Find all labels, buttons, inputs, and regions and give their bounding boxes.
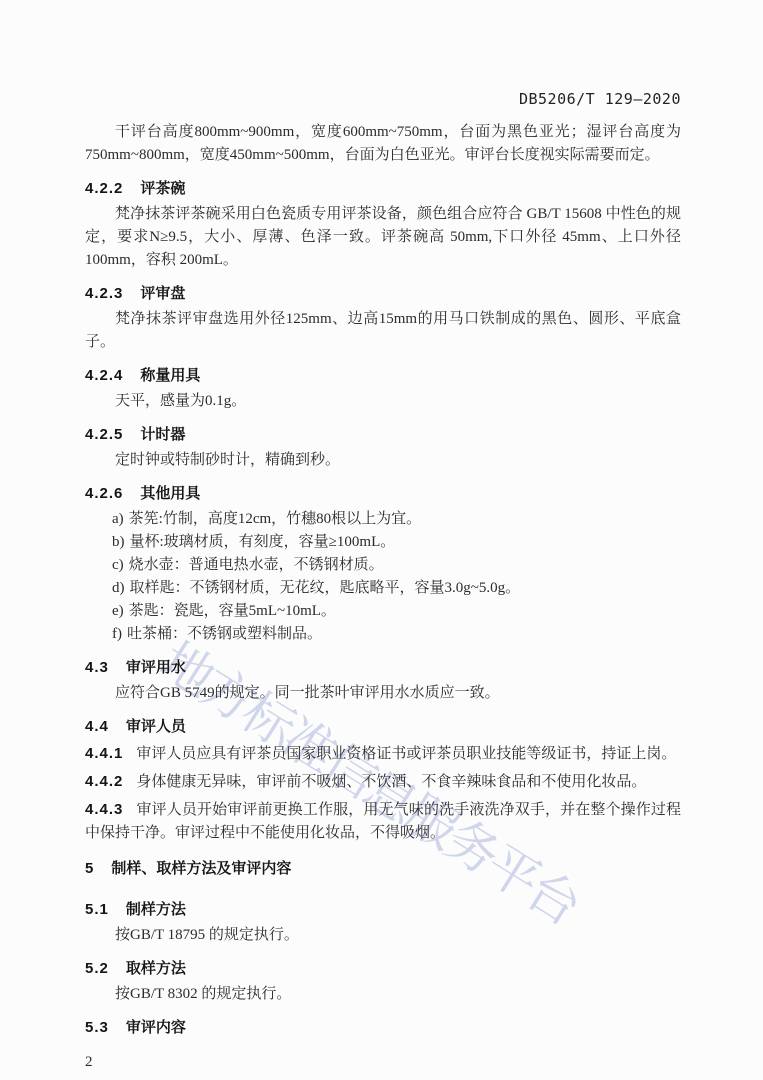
list-marker: e) (112, 603, 124, 619)
list-marker: d) (112, 580, 125, 596)
clause-4-4-2: 4.4.2身体健康无异味，审评前不吸烟、不饮酒、不食辛辣味食品和不使用化妆品。 (85, 770, 681, 794)
section-title: 计时器 (140, 426, 185, 443)
list-item-e: e)茶匙：瓷匙，容量5mL~10mL。 (112, 600, 681, 623)
section-title: 制样方法 (126, 901, 186, 918)
clause-text: 审评人员应具有评茶员国家职业资格证书或评茶员职业技能等级证书，持证上岗。 (136, 746, 676, 762)
clause-number: 4.4.2 (85, 773, 123, 790)
section-heading-4-3: 4.3审评用水 (85, 656, 681, 679)
list-item-text: 茶筅:竹制，高度12cm，竹穗80根以上为宜。 (129, 511, 422, 527)
chapter-heading-5: 5制样、取样方法及审评内容 (85, 857, 681, 880)
list-item-b: b)量杯:玻璃材质，有刻度，容量≥100mL。 (112, 531, 681, 554)
section-number: 4.2.6 (85, 485, 123, 502)
list-item-text: 吐茶桶：不锈钢或塑料制品。 (127, 626, 322, 642)
clause-text: 身体健康无异味，审评前不吸烟、不饮酒、不食辛辣味食品和不使用化妆品。 (136, 774, 646, 790)
section-heading-4-4: 4.4审评人员 (85, 715, 681, 738)
list-marker: c) (112, 557, 124, 573)
paragraph-sampling: 按GB/T 8302 的规定执行。 (85, 983, 681, 1006)
clause-4-4-1: 4.4.1审评人员应具有评茶员国家职业资格证书或评茶员职业技能等级证书，持证上岗… (85, 742, 681, 766)
page-number: 2 (85, 1051, 681, 1074)
paragraph-water: 应符合GB 5749的规定。同一批茶叶审评用水水质应一致。 (85, 682, 681, 705)
section-title: 取样方法 (126, 960, 186, 977)
paragraph-sample-making: 按GB/T 18795 的规定执行。 (85, 924, 681, 947)
section-number: 5.1 (85, 901, 109, 918)
list-item-a: a)茶筅:竹制，高度12cm，竹穗80根以上为宜。 (112, 508, 681, 531)
section-number: 4.2.2 (85, 180, 123, 197)
section-number: 4.2.5 (85, 426, 123, 443)
clause-text: 审评人员开始审评前更换工作服，用无气味的洗手液洗净双手，并在整个操作过程中保持干… (85, 802, 681, 841)
clause-number: 4.4.3 (85, 801, 123, 818)
doc-code-header: DB5206/T 129—2020 (85, 88, 681, 111)
section-heading-5-1: 5.1制样方法 (85, 898, 681, 921)
list-item-f: f)吐茶桶：不锈钢或塑料制品。 (112, 623, 681, 646)
section-title: 称量用具 (140, 367, 200, 384)
section-heading-4-2-2: 4.2.2评茶碗 (85, 177, 681, 200)
paragraph-tea-bowl: 梵净抹茶评茶碗采用白色瓷质专用评茶设备，颜色组合应符合 GB/T 15608 中… (85, 203, 681, 272)
section-number: 5.2 (85, 960, 109, 977)
paragraph-timer: 定时钟或特制砂时计，精确到秒。 (85, 449, 681, 472)
section-number: 4.4 (85, 718, 109, 735)
list-item-text: 茶匙：瓷匙，容量5mL~10mL。 (129, 603, 336, 619)
list-item-text: 烧水壶：普通电热水壶，不锈钢材质。 (129, 557, 384, 573)
section-number: 5.3 (85, 1019, 109, 1036)
section-heading-5-2: 5.2取样方法 (85, 957, 681, 980)
section-title: 审评用水 (126, 659, 186, 676)
list-item-text: 量杯:玻璃材质，有刻度，容量≥100mL。 (130, 534, 396, 550)
clause-4-4-3: 4.4.3审评人员开始审评前更换工作服，用无气味的洗手液洗净双手，并在整个操作过… (85, 798, 681, 845)
section-number: 4.3 (85, 659, 109, 676)
list-item-text: 取样匙：不锈钢材质，无花纹，匙底略平，容量3.0g~5.0g。 (130, 580, 521, 596)
chapter-title: 制样、取样方法及审评内容 (111, 860, 291, 877)
list-marker: f) (112, 626, 122, 642)
document-page: 地方标准信息服务平台 DB5206/T 129—2020 干评台高度800mm~… (0, 0, 763, 1080)
list-marker: b) (112, 534, 125, 550)
section-title: 审评人员 (126, 718, 186, 735)
paragraph-eval-tray: 梵净抹茶评审盘选用外径125mm、边高15mm的用马口铁制成的黑色、圆形、平底盒… (85, 308, 681, 354)
paragraph-balance: 天平，感量为0.1g。 (85, 390, 681, 413)
section-heading-4-2-4: 4.2.4称量用具 (85, 364, 681, 387)
section-title: 评茶碗 (140, 180, 185, 197)
section-heading-4-2-6: 4.2.6其他用具 (85, 482, 681, 505)
list-item-d: d)取样匙：不锈钢材质，无花纹，匙底略平，容量3.0g~5.0g。 (112, 577, 681, 600)
section-title: 评审盘 (140, 285, 185, 302)
section-heading-4-2-5: 4.2.5计时器 (85, 423, 681, 446)
list-item-c: c)烧水壶：普通电热水壶，不锈钢材质。 (112, 554, 681, 577)
chapter-number: 5 (85, 860, 94, 877)
section-number: 4.2.4 (85, 367, 123, 384)
list-marker: a) (112, 511, 124, 527)
section-heading-4-2-3: 4.2.3评审盘 (85, 282, 681, 305)
section-title: 其他用具 (140, 485, 200, 502)
paragraph-eval-bench: 干评台高度800mm~900mm，宽度600mm~750mm，台面为黑色亚光；湿… (85, 121, 681, 167)
equipment-list: a)茶筅:竹制，高度12cm，竹穗80根以上为宜。 b)量杯:玻璃材质，有刻度，… (112, 508, 681, 646)
clause-number: 4.4.1 (85, 745, 123, 762)
section-number: 4.2.3 (85, 285, 123, 302)
page-content: DB5206/T 129—2020 干评台高度800mm~900mm，宽度600… (85, 88, 681, 1074)
section-heading-5-3: 5.3审评内容 (85, 1016, 681, 1039)
section-title: 审评内容 (126, 1019, 186, 1036)
